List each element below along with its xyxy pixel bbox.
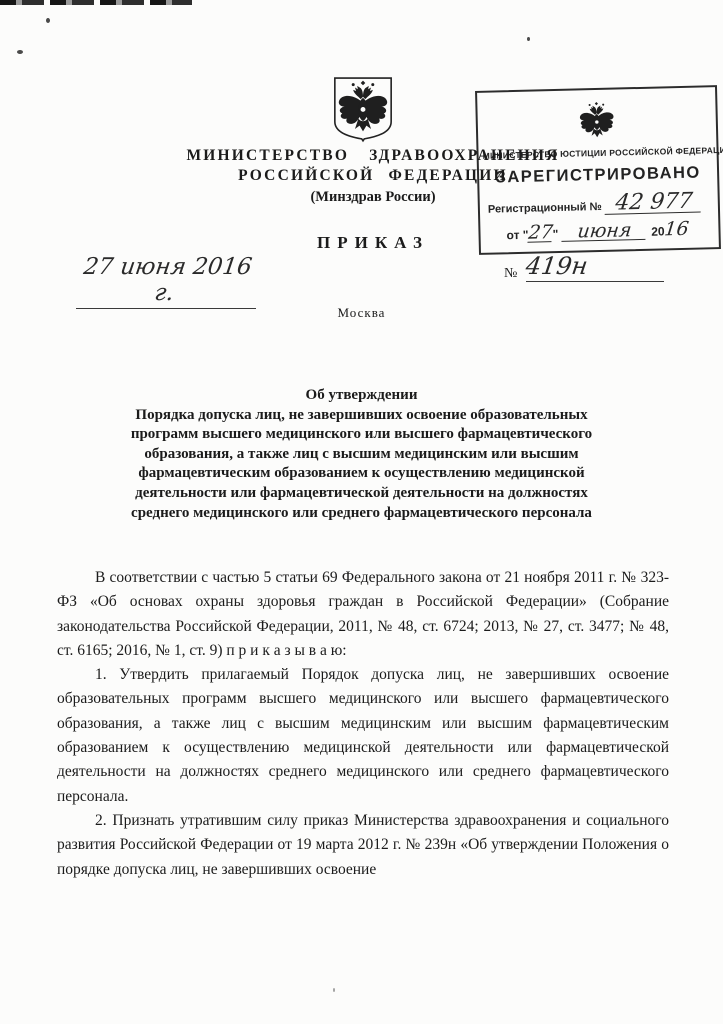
order-title-line: программ высшего медицинского или высшег… — [80, 425, 643, 445]
order-title-line: Порядка допуска лиц, не завершивших осво… — [80, 406, 643, 426]
city-label: Москва — [0, 305, 723, 321]
scan-speck — [527, 37, 530, 41]
order-title-line: Об утверждении — [80, 386, 643, 406]
stamp-date-quote: " — [553, 227, 559, 241]
order-number-label: № — [504, 266, 517, 282]
order-title: Об утверждении Порядка допуска лиц, не з… — [80, 386, 643, 523]
order-date-handwritten: 27 июня 2016 г. — [76, 254, 256, 309]
order-title-line: образования, а также лиц с высшим медици… — [80, 445, 643, 465]
stamp-date-label: от " — [506, 228, 528, 243]
ministry-short-name: (Минздрав России) — [148, 189, 598, 206]
scan-speck — [17, 50, 23, 54]
body-paragraph-item2: 2. Признать утратившим силу приказ Минис… — [57, 809, 669, 882]
order-body: В соответствии с частью 5 статьи 69 Феде… — [57, 566, 669, 882]
stamp-eagle-icon — [576, 102, 617, 141]
order-title-line: среднего медицинского или среднего фарма… — [80, 504, 643, 524]
coat-of-arms-icon — [331, 74, 395, 150]
ministry-name-line2: РОССИЙСКОЙ ФЕДЕРАЦИИ — [148, 167, 598, 185]
order-number-handwritten: 419н — [524, 252, 590, 280]
order-number-line: 419н — [526, 252, 664, 282]
stamp-date-line: от "27" июня 2016 — [506, 219, 706, 244]
scan-artifact-bar — [0, 0, 192, 5]
document-page: МИНИСТЕРСТВО ЗДРАВООХРАНЕНИЯ РОССИЙСКОЙ … — [0, 0, 723, 1024]
stamp-date-day-handwritten: 27 — [527, 223, 553, 243]
order-title-line: деятельности или фармацевтической деятел… — [80, 484, 643, 504]
body-paragraph-item1: 1. Утвердить прилагаемый Порядок допуска… — [57, 663, 669, 809]
body-paragraph-preamble: В соответствии с частью 5 статьи 69 Феде… — [57, 566, 669, 663]
stamp-date-month-handwritten: июня — [562, 221, 648, 242]
stamp-reg-number-handwritten: 42 977 — [605, 191, 703, 214]
order-title-line: фармацевтическим образованием к осуществ… — [80, 464, 643, 484]
ministry-name-line1: МИНИСТЕРСТВО ЗДРАВООХРАНЕНИЯ — [148, 147, 598, 165]
stamp-date-year-handwritten: 16 — [664, 220, 690, 239]
scan-speck — [46, 18, 50, 23]
scan-speck — [333, 988, 335, 992]
order-date-text: 27 июня 2016 г. — [72, 254, 259, 306]
